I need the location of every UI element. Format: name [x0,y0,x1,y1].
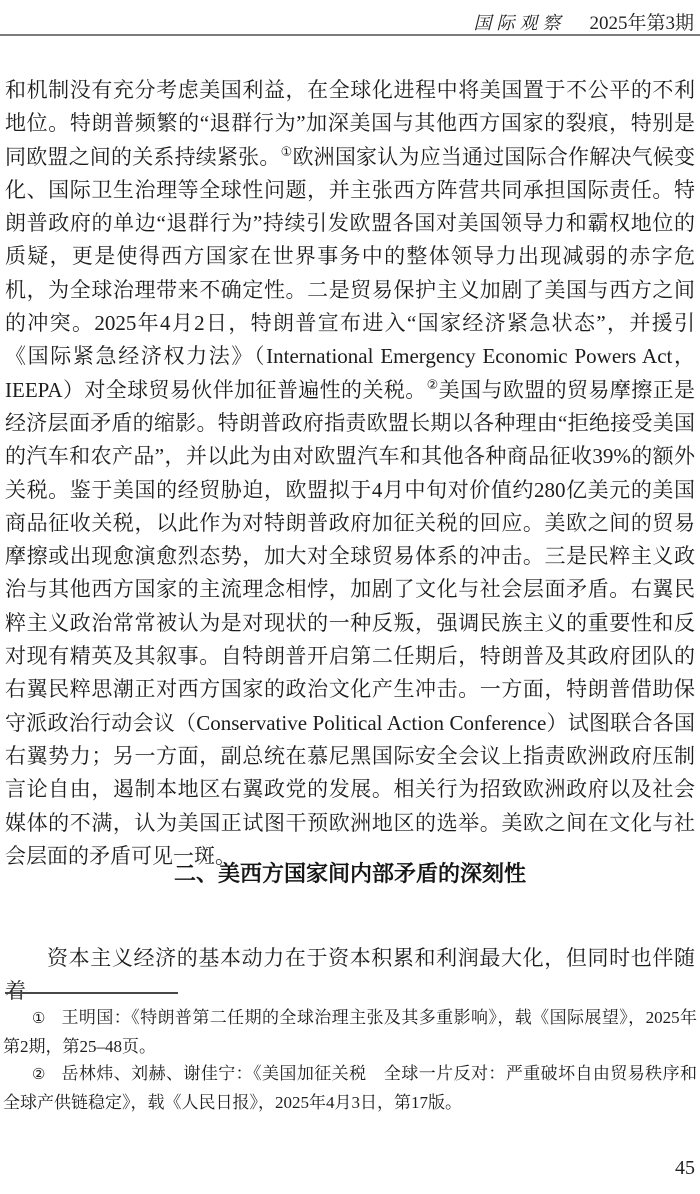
footnote-separator [5,992,178,994]
footnote-marker-2: ② [32,1065,46,1083]
footnote-text-1: 王明国：《特朗普第二任期的全球治理主张及其多重影响》，载《国际展望》，2025年… [3,1008,697,1056]
body-text-segment: 欧洲国家认为应当通过国际合作解决气候变化、国际卫生治理等全球性问题，并主张西方阵… [5,145,695,402]
footnote-item-1: ①王明国：《特朗普第二任期的全球治理主张及其多重影响》，载《国际展望》，2025… [3,1004,697,1060]
body-paragraph-1: 和机制没有充分考虑美国利益，在全球化进程中将美国置于不公平的不利地位。特朗普频繁… [5,74,695,873]
footnote-ref-2: ② [427,378,439,393]
section-heading: 二、美西方国家间内部矛盾的深刻性 [0,857,700,888]
footnote-text-2: 岳林炜、刘赫、谢佳宁：《美国加征关税 全球一片反对：严重破坏自由贸易秩序和全球产… [3,1064,697,1112]
footnote-marker-1: ① [32,1009,46,1027]
issue-label: 2025年第3期 [589,13,694,34]
journal-page: 国际观察2025年第3期 和机制没有充分考虑美国利益，在全球化进程中将美国置于不… [0,0,700,1194]
running-head: 国际观察2025年第3期 [473,8,694,35]
journal-name: 国际观察 [473,13,565,33]
header-divider [0,34,700,36]
body-text-segment: 美国与欧盟的贸易摩擦正是经济层面矛盾的缩影。特朗普政府指责欧盟长期以各种理由“拒… [5,378,695,868]
body-paragraph-2: 资本主义经济的基本动力在于资本积累和利润最大化，但同时也伴随着 [5,942,695,1009]
footnotes: ①王明国：《特朗普第二任期的全球治理主张及其多重影响》，载《国际展望》，2025… [3,1004,697,1116]
footnote-item-2: ②岳林炜、刘赫、谢佳宁：《美国加征关税 全球一片反对：严重破坏自由贸易秩序和全球… [3,1060,697,1116]
footnote-ref-1: ① [281,145,293,160]
page-number: 45 [675,1157,695,1180]
